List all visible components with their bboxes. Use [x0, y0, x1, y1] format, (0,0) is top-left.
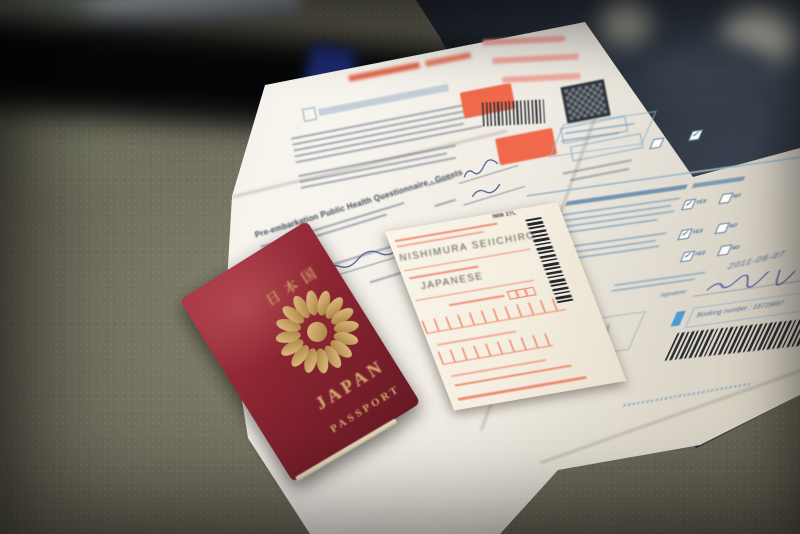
booking-label: Booking number :	[695, 305, 752, 319]
background-light-blob	[600, 0, 652, 44]
no-label: NO	[730, 245, 741, 252]
pink-address-bar	[502, 73, 580, 83]
no-label: NO	[728, 223, 739, 230]
comb-entry-field	[422, 297, 567, 334]
red-field-label	[451, 359, 546, 377]
booking-number: 19729897	[752, 300, 786, 311]
check-glyph: ✓	[683, 251, 693, 260]
handwritten-signature	[700, 267, 800, 297]
section-heading	[692, 176, 745, 188]
orange-heading-text	[425, 52, 471, 67]
pink-address-bar	[483, 35, 565, 45]
check-glyph: ✓	[691, 130, 701, 139]
check-glyph: ✓	[680, 229, 690, 238]
form-checkbox	[302, 107, 317, 122]
field-label	[434, 199, 456, 208]
checkbox-checked: ✓	[688, 129, 703, 141]
form-code: IMM 27L	[492, 211, 518, 221]
red-box	[524, 287, 536, 297]
pink-address-bar	[492, 53, 578, 63]
signature-label: Signature:	[658, 290, 687, 299]
handwritten-date: 2011-06-07	[727, 249, 787, 271]
photo-stage: Pre-embarkation Public Health Questionna…	[0, 0, 800, 534]
red-field-label	[449, 295, 505, 306]
orange-heading-text	[348, 62, 420, 82]
yes-label: YES	[693, 251, 706, 258]
booking-marker	[671, 311, 686, 327]
checkbox-unchecked	[649, 138, 664, 150]
no-label: NO	[731, 193, 742, 200]
check-glyph: ✓	[684, 199, 694, 208]
yes-label: YES	[694, 199, 707, 206]
yes-label: YES	[691, 229, 704, 236]
edge-microtext	[623, 382, 752, 406]
